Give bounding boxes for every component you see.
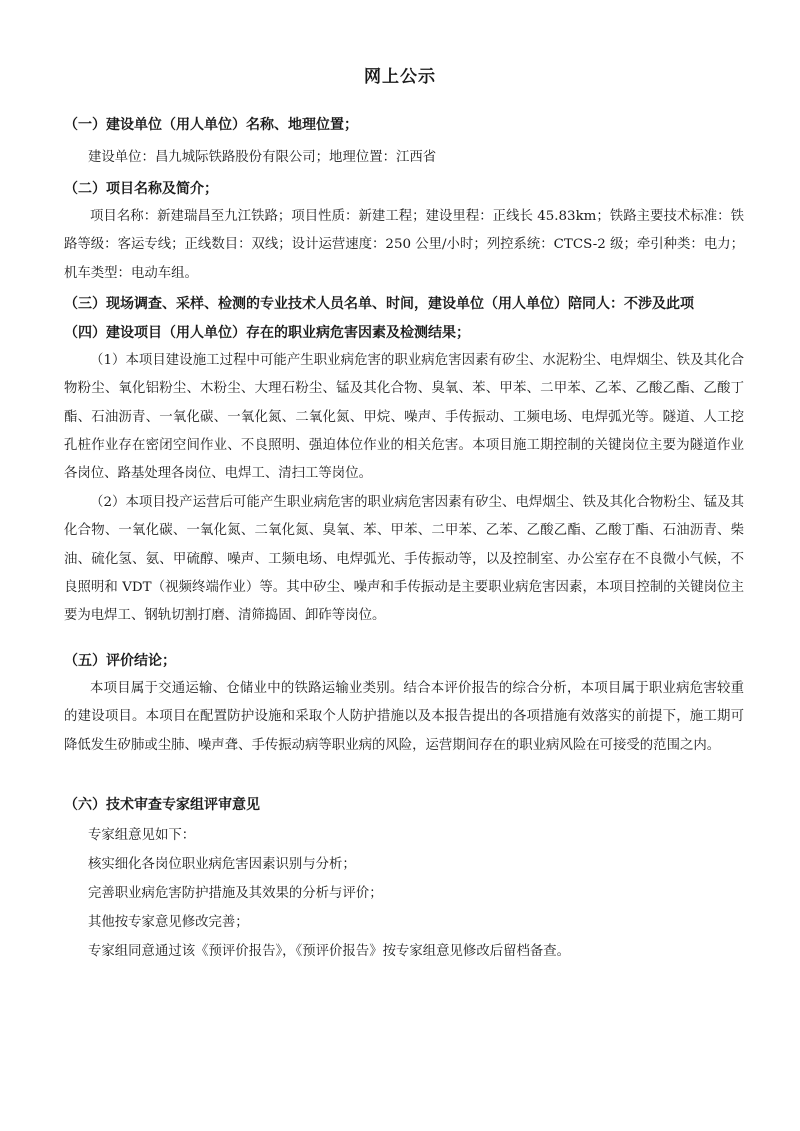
section-5-heading: （五）评价结论； xyxy=(64,650,176,670)
expert-opinion-item-3: 其他按专家意见修改完善； xyxy=(88,911,249,930)
section-4-paragraph-2: （2）本项目投产运营后可能产生职业病危害的职业病危害因素有矽尘、电焊烟尘、铁及其… xyxy=(64,489,744,630)
page-title: 网上公示 xyxy=(0,62,800,87)
section-3-heading: （三）现场调查、采样、检测的专业技术人员名单、时间，建设单位（用人单位）陪同人：… xyxy=(64,293,694,313)
section-4-paragraph-1: （1）本项目建设施工过程中可能产生职业病危害的职业病危害因素有矽尘、水泥粉尘、电… xyxy=(64,347,744,488)
section-1-text: 建设单位：昌九城际铁路股份有限公司；地理位置：江西省 xyxy=(88,146,436,165)
section-2-text: 项目名称：新建瑞昌至九江铁路；项目性质：新建工程；建设里程：正线长 45.83k… xyxy=(64,203,744,288)
expert-opinion-conclusion: 专家组同意通过该《预评价报告》，《预评价报告》按专家组意见修改后留档备查。 xyxy=(88,940,570,959)
section-6-heading: （六）技术审查专家组评审意见 xyxy=(64,794,260,814)
section-2-heading: （二）项目名称及简介； xyxy=(64,178,218,198)
section-5-text: 本项目属于交通运输、仓储业中的铁路运输业类别。结合本评价报告的综合分析，本项目属… xyxy=(64,675,744,760)
expert-opinion-item-2: 完善职业病危害防护措施及其效果的分析与评价； xyxy=(88,882,383,901)
document-page: 网上公示 （一）建设单位（用人单位）名称、地理位置； 建设单位：昌九城际铁路股份… xyxy=(0,0,800,1131)
expert-opinion-intro: 专家组意见如下： xyxy=(88,824,195,843)
section-1-heading: （一）建设单位（用人单位）名称、地理位置； xyxy=(64,114,358,134)
expert-opinion-item-1: 核实细化各岗位职业病危害因素识别与分析； xyxy=(88,853,356,872)
section-4-heading: （四）建设项目（用人单位）存在的职业病危害因素及检测结果； xyxy=(64,322,470,342)
